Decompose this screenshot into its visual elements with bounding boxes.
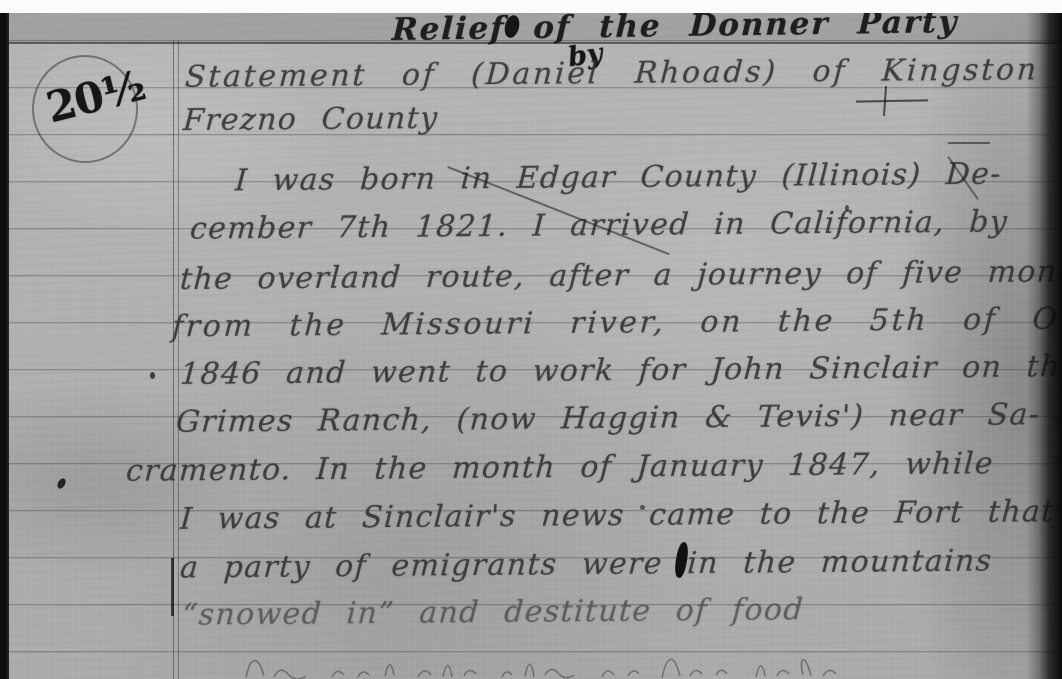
ink-speck bbox=[845, 205, 849, 211]
ink-speck bbox=[150, 372, 155, 379]
handwriting-line: “snowed in” and destitute of food bbox=[181, 592, 805, 633]
handwriting-line: cramento. In the month of January 1847, … bbox=[125, 446, 995, 490]
margin-ink-streak bbox=[171, 558, 174, 616]
scanned-manuscript-page: Relief of the Donner Party 20½ by Statem… bbox=[0, 0, 1062, 679]
book-gutter-shadow bbox=[1026, 13, 1062, 679]
handwriting-line: Statement of (Daniel Rhoads) of Kingston bbox=[184, 52, 1040, 95]
handwriting-line: Frezno County bbox=[182, 101, 440, 139]
scan-top-white-strip bbox=[0, 0, 1062, 13]
handwriting-line: 1846 and went to work for John Sinclair … bbox=[179, 349, 1062, 393]
handwriting-line: I was born in Edgar County (Illinois) De… bbox=[234, 157, 1003, 200]
scan-left-black-border bbox=[0, 13, 9, 679]
ink-speck bbox=[640, 505, 645, 510]
handwriting-line: I was at Sinclair's news came to the For… bbox=[179, 494, 1056, 538]
handwriting-line: from the Missouri river, on the 5th of O… bbox=[171, 301, 1062, 346]
handwriting-line: Grimes Ranch, (now Haggin & Tevis') near… bbox=[175, 397, 1042, 441]
handwriting-line: a party of emigrants were in the mountai… bbox=[179, 543, 994, 586]
partial-handwriting-line-fragment bbox=[240, 650, 860, 679]
short-dash-mark bbox=[948, 142, 990, 144]
handwriting-line: the overland route, after a journey of f… bbox=[179, 254, 1062, 298]
